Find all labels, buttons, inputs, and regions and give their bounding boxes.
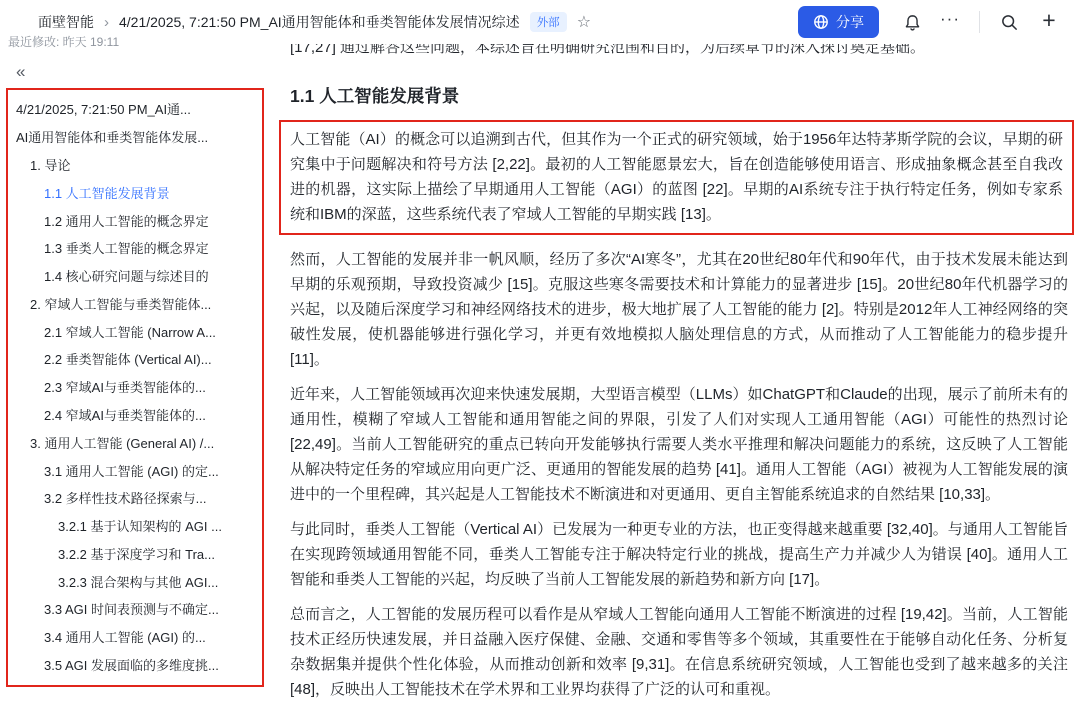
- share-button[interactable]: 分享: [798, 6, 879, 38]
- toc-item[interactable]: 1.2 通用人工智能的概念界定: [10, 207, 260, 235]
- add-new-icon[interactable]: +: [1034, 7, 1064, 37]
- toc-item[interactable]: 3.5 AGI 发展面临的多维度挑...: [10, 652, 260, 680]
- paragraph: 与此同时，垂类人工智能（Vertical AI）已发展为一种更专业的方法，也正变…: [290, 517, 1068, 592]
- toc-item[interactable]: 1. 导论: [10, 152, 260, 180]
- document-content: [17,27] 通过解答这些问题，本综述旨在明确研究范围和目的，为后续章节的深入…: [272, 44, 1080, 719]
- toc-item[interactable]: 3.3 AGI 时间表预测与不确定...: [10, 596, 260, 624]
- toc-annotation-box: 4/21/2025, 7:21:50 PM_AI通...AI通用智能体和垂类智能…: [6, 88, 264, 687]
- toc-item[interactable]: 2.2 垂类智能体 (Vertical AI)...: [10, 346, 260, 374]
- paragraphs: 人工智能（AI）的概念可以追溯到古代，但其作为一个正式的研究领域，始于1956年…: [290, 120, 1068, 702]
- toc-item[interactable]: 2.4 窄域AI与垂类智能体的...: [10, 402, 260, 430]
- toc-item[interactable]: AI通用智能体和垂类智能体发展...: [10, 124, 260, 152]
- toc-item[interactable]: 3.2 多样性技术路径探索与...: [10, 485, 260, 513]
- paragraph: 然而，人工智能的发展并非一帆风顺，经历了多次“AI寒冬”，尤其在20世纪80年代…: [290, 247, 1068, 372]
- document-title: 4/21/2025, 7:21:50 PM_AI通用智能体和垂类智能体发展情况综…: [119, 12, 520, 32]
- clipped-paragraph: [17,27] 通过解答这些问题，本综述旨在明确研究范围和目的，为后续章节的深入…: [290, 44, 1068, 61]
- external-badge: 外部: [530, 12, 567, 32]
- toc-item[interactable]: 2. 窄域人工智能与垂类智能体...: [10, 290, 260, 318]
- toc-item[interactable]: 3.4 通用人工智能 (AGI) 的...: [10, 624, 260, 652]
- clipped-paragraph-text: [17,27] 通过解答这些问题，本综述旨在明确研究范围和目的，为后续章节的深入…: [290, 44, 1068, 60]
- toc-item[interactable]: 3. 通用人工智能 (General AI) /...: [10, 429, 260, 457]
- section-heading: 1.1 人工智能发展背景: [290, 83, 1068, 108]
- page: 面壁智能 › 4/21/2025, 7:21:50 PM_AI通用智能体和垂类智…: [0, 0, 1080, 719]
- toc-item[interactable]: 3.2.1 基于认知架构的 AGI ...: [10, 513, 260, 541]
- paragraph: 总而言之，人工智能的发展历程可以看作是从窄域人工智能向通用人工智能不断演进的过程…: [290, 602, 1068, 702]
- app-logo[interactable]: 面壁智能: [38, 12, 94, 32]
- paragraph: 近年来，人工智能领域再次迎来快速发展期，大型语言模型（LLMs）如ChatGPT…: [290, 382, 1068, 507]
- top-bar: 面壁智能 › 4/21/2025, 7:21:50 PM_AI通用智能体和垂类智…: [0, 0, 1080, 44]
- divider: [979, 11, 980, 33]
- paragraph-annotated: 人工智能（AI）的概念可以追溯到古代，但其作为一个正式的研究领域，始于1956年…: [279, 120, 1074, 235]
- search-icon[interactable]: [994, 7, 1024, 37]
- toc-item[interactable]: 4/21/2025, 7:21:50 PM_AI通...: [10, 96, 260, 124]
- last-modified: 最近修改: 昨天 19:11: [8, 33, 119, 50]
- toc-item[interactable]: 3.2.3 混合架构与其他 AGI...: [10, 568, 260, 596]
- app-body: « 4/21/2025, 7:21:50 PM_AI通...AI通用智能体和垂类…: [0, 44, 1080, 719]
- collapse-sidebar-icon[interactable]: «: [16, 62, 40, 82]
- chevron-right-icon: ›: [104, 14, 109, 31]
- share-label: 分享: [836, 12, 864, 32]
- topbar-actions: 分享 ··· +: [798, 6, 1064, 38]
- toc-item[interactable]: 3.2.2 基于深度学习和 Tra...: [10, 541, 260, 569]
- notifications-bell-icon[interactable]: [897, 7, 927, 37]
- more-options-icon[interactable]: ···: [935, 7, 965, 37]
- toc-item[interactable]: 1.3 垂类人工智能的概念界定: [10, 235, 260, 263]
- toc-item[interactable]: 3.1 通用人工智能 (AGI) 的定...: [10, 457, 260, 485]
- toc-item[interactable]: 1.4 核心研究问题与综述目的: [10, 263, 260, 291]
- globe-icon: [813, 14, 829, 30]
- toc-item-active[interactable]: 1.1 人工智能发展背景: [10, 179, 260, 207]
- sidebar: « 4/21/2025, 7:21:50 PM_AI通...AI通用智能体和垂类…: [0, 44, 272, 719]
- toc-item[interactable]: 2.3 窄域AI与垂类智能体的...: [10, 374, 260, 402]
- toc-item[interactable]: 2.1 窄域人工智能 (Narrow A...: [10, 318, 260, 346]
- toc-list: 4/21/2025, 7:21:50 PM_AI通...AI通用智能体和垂类智能…: [10, 96, 260, 679]
- star-icon[interactable]: ☆: [577, 12, 591, 32]
